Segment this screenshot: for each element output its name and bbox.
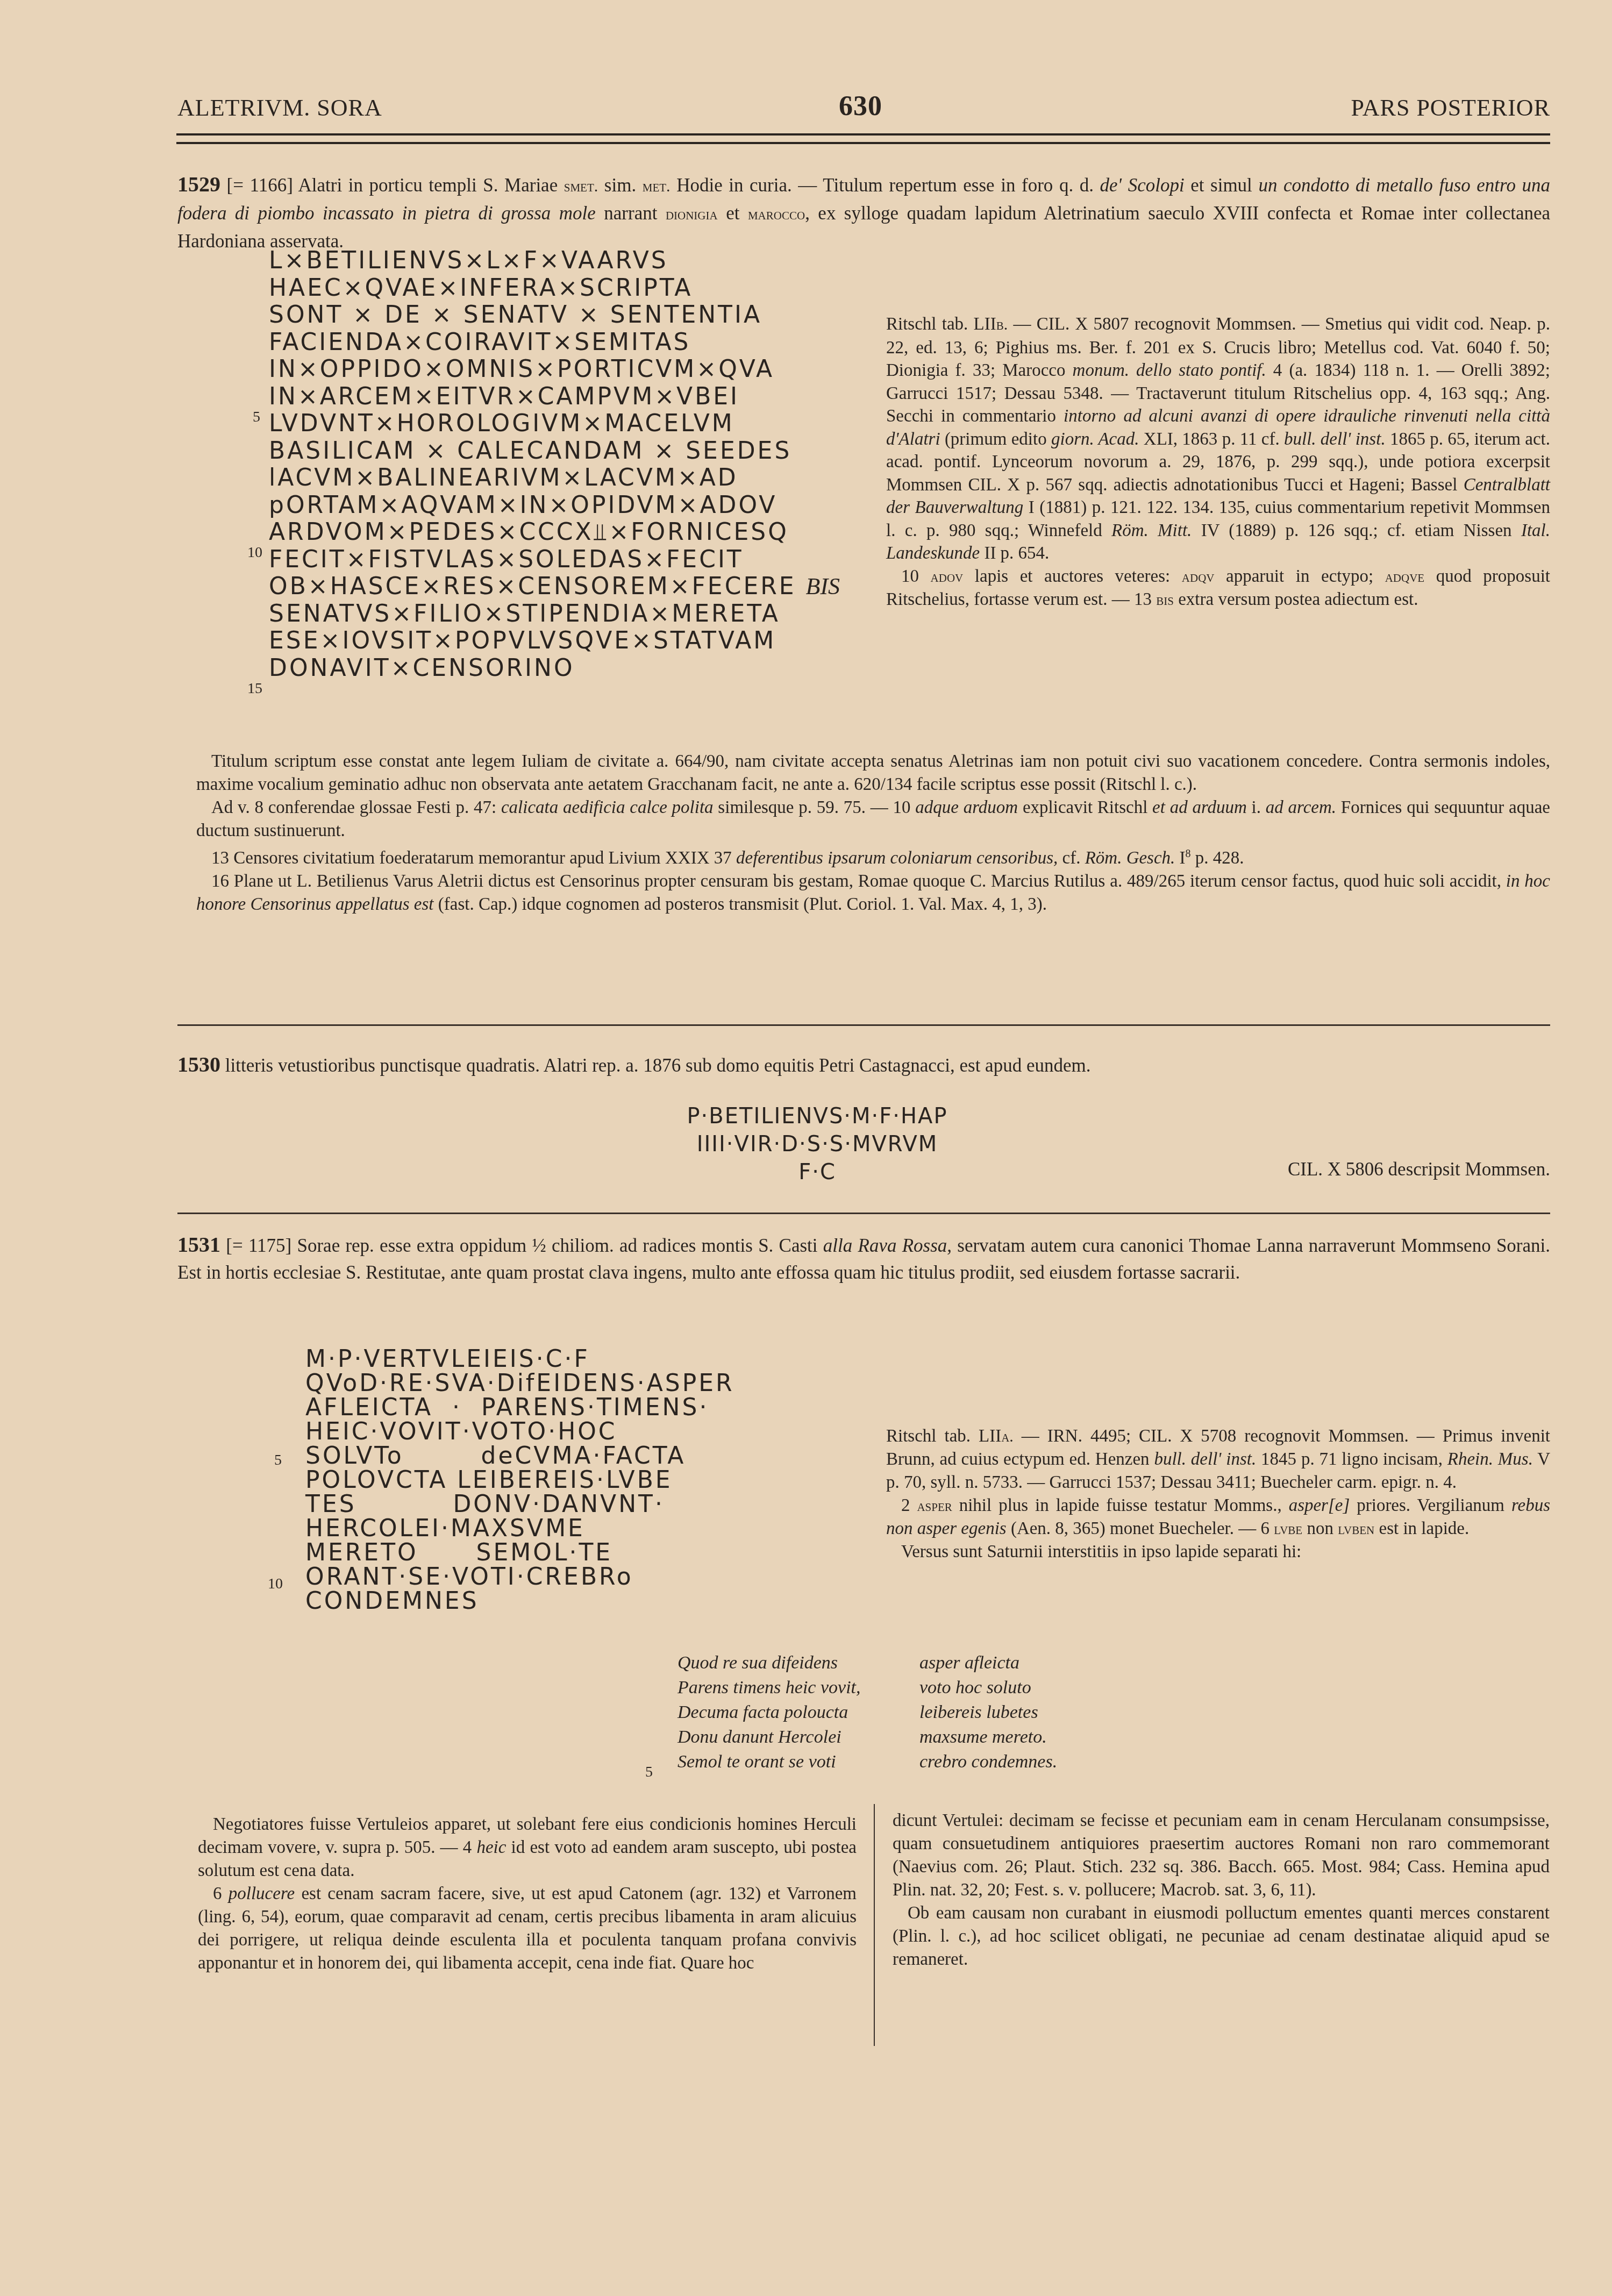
verse-second-half: crebro condemnes. — [919, 1752, 1057, 1772]
inscription-line: pORTAM×AQVAM×IN×OPIDVM×ADOV — [269, 492, 860, 519]
inscription-line: ORANT·SE·VOTI·CREBRo — [305, 1565, 789, 1589]
source-smet: smet. — [564, 177, 598, 195]
entry-number: 1531 — [177, 1232, 220, 1257]
entry-1529-commentary: Ritschl tab. LIIb. — CIL. X 5807 recogno… — [886, 313, 1550, 612]
inscription-line: TES DONV·DANVNT· — [305, 1492, 789, 1516]
document-page: ALETRIVM. SORA 630 PARS POSTERIOR 1529 [… — [0, 0, 1612, 2296]
entry-1531-notes-left: Negotiatores fuisse Vertuleios apparet, … — [198, 1813, 857, 1975]
commentary-paragraph: Versus sunt Saturnii interstitiis in ips… — [886, 1541, 1550, 1564]
text: Ritschl tab. LII — [886, 1427, 1001, 1446]
note-paragraph: Ob eam causam non curabant in eiusmodi p… — [893, 1902, 1550, 1971]
inscription-line: FACIENDA×COIRAVIT×SEMITAS — [269, 329, 860, 356]
italic-phrase: ad arcem. — [1266, 798, 1336, 817]
note-paragraph: 16 Plane ut L. Betilienus Varus Aletrii … — [196, 870, 1550, 916]
note-paragraph: 13 Censores civitatium foederatarum memo… — [196, 843, 1550, 870]
text: IV (1889) p. 126 sqq.; cf. etiam Nissen — [1192, 521, 1521, 540]
inscription-1530: P·BETILIENVS·M·F·HAP IIII·VIR·D·S·S·MVRV… — [661, 1102, 973, 1186]
line-number: 5 — [274, 1452, 282, 1469]
italic-phrase: calicata aedificia calce polita — [501, 798, 714, 817]
verse-second-half: leibereis lubetes — [919, 1702, 1038, 1722]
italic-phrase: alla Rava Rossa, — [823, 1235, 952, 1256]
text: non — [1302, 1519, 1338, 1538]
verse-first-half: Quod re sua difeidens — [677, 1651, 919, 1675]
intro-text: et simul — [1190, 175, 1252, 196]
inscription-text: OB×HASCE×RES×CENSOREM×FECERE — [269, 573, 796, 600]
italic-phrase: heic — [476, 1838, 506, 1857]
inscription-line: QVoD·RE·SVA·DifEIDENS·ASPER — [305, 1371, 789, 1395]
verse-second-half: asper afleicta — [919, 1653, 1019, 1673]
entry-1531-notes-right: dicunt Vertulei: decimam se fecisse et p… — [893, 1809, 1550, 1971]
header-double-rule — [176, 133, 1550, 144]
italic-phrase: Röm. Gesch. — [1085, 848, 1175, 868]
text: adqv — [1182, 568, 1215, 586]
commentary-paragraph: 10 adov lapis et auctores veteres: adqv … — [886, 565, 1550, 612]
inscription-line: CONDEMNES — [305, 1589, 789, 1613]
intro-text: Alatri in porticu templi S. Mariae — [298, 175, 558, 196]
source-dionigia: dionigia — [666, 205, 718, 223]
commentary-paragraph: Ritschl tab. LIIb. — CIL. X 5807 recogno… — [886, 313, 1550, 565]
text: adov — [931, 568, 964, 586]
verse-line: Semol te orant se voticrebro condemnes. — [677, 1750, 1161, 1774]
italic-phrase: pollucere — [229, 1884, 295, 1903]
text: I — [1175, 848, 1185, 868]
italic-title: bull. dell' inst. — [1284, 430, 1386, 449]
verse-second-half: maxsume mereto. — [919, 1727, 1047, 1747]
note-paragraph: 6 pollucere est cenam sacram facere, siv… — [198, 1883, 857, 1975]
note-paragraph: Titulum scriptum esse constat ante legem… — [196, 750, 1550, 796]
inscription-line: ARDVOM×PEDES×CCCX⫫×FORNICESQ — [269, 519, 860, 546]
text: i. — [1247, 798, 1266, 817]
entry-1530-reference: CIL. X 5806 descripsit Mommsen. — [1288, 1156, 1550, 1183]
text: lvben — [1338, 1520, 1374, 1538]
bis-marker: BIS — [806, 573, 840, 600]
text: similesque p. 59. 75. — 10 — [714, 798, 916, 817]
source-marocco: marocco — [748, 205, 805, 223]
text: lvbe — [1274, 1520, 1302, 1538]
text: 16 Plane ut L. Betilienus Varus Aletrii … — [211, 872, 1506, 891]
inscription-line: OB×HASCE×RES×CENSOREM×FECERE BIS — [269, 573, 860, 601]
crossref: [= 1166] — [227, 175, 293, 196]
inscription-line: HAEC×QVAE×INFERA×SCRIPTA — [269, 275, 860, 302]
inscription-line: MERETO SEMOL·TE — [305, 1541, 789, 1565]
text: nihil plus in lapide fuisse testatur Mom… — [952, 1496, 1289, 1515]
italic-phrase: adque arduom — [915, 798, 1018, 817]
text: II p. 654. — [980, 544, 1049, 563]
running-head-right: PARS POSTERIOR — [1351, 94, 1550, 122]
inscription-line: LVDVNT×HOROLOGIVM×MACELVM — [269, 410, 860, 438]
text: 1845 p. 71 ligno incisam, — [1256, 1450, 1447, 1469]
italic-title: giorn. Acad. — [1051, 430, 1139, 449]
inscription-line: AFLEICTA · PARENS·TIMENS· — [305, 1395, 789, 1420]
saturnian-verses: Quod re sua difeidensasper afleicta Pare… — [677, 1651, 1161, 1774]
inscription-line: M·P·VERTVLEIEIS·C·F — [305, 1347, 789, 1371]
intro-text: sim. — [604, 175, 636, 196]
text: cf. — [1058, 848, 1085, 868]
inscription-line: IN×OPPIDO×OMNIS×PORTICVM×QVA — [269, 356, 860, 383]
text: p. 428. — [1191, 848, 1244, 868]
line-number: 5 — [253, 409, 260, 426]
verse-line: Decuma facta polouctaleibereis lubetes — [677, 1700, 1161, 1725]
verse-first-half: Parens timens heic vovit, — [677, 1675, 919, 1700]
text: extra versum postea adiectum est. — [1174, 590, 1418, 609]
entry-number: 1530 — [177, 1052, 220, 1076]
inscription-line: ESE×IOVSIT×POPVLVSQVE×STATVAM — [269, 628, 860, 655]
text: 2 — [901, 1496, 917, 1515]
entry-1529-intro: 1529 [= 1166] Alatri in porticu templi S… — [177, 171, 1550, 255]
verse-first-half: Semol te orant se voti — [677, 1750, 919, 1774]
note-paragraph: dicunt Vertulei: decimam se fecisse et p… — [893, 1809, 1550, 1902]
intro-text: litteris vetustioribus punctisque quadra… — [225, 1055, 1091, 1076]
inscription-line: SONT × DE × SENATV × SENTENTIA — [269, 302, 860, 329]
section-divider — [177, 1213, 1550, 1214]
text: Ritschl tab. LII — [886, 315, 996, 334]
text: bis — [1156, 591, 1174, 609]
verse-line: Quod re sua difeidensasper afleicta — [677, 1651, 1161, 1675]
text: (fast. Cap.) idque cognomen ad posteros … — [434, 895, 1047, 914]
entry-1530-intro: 1530 litteris vetustioribus punctisque q… — [177, 1051, 1550, 1079]
text: est cenam sacram facere, sive, ut est ap… — [198, 1884, 857, 1973]
inscription-1529: L×BETILIENVS×L×F×VAARVS HAEC×QVAE×INFERA… — [269, 247, 860, 682]
italic-phrase: asper[e] — [1289, 1496, 1350, 1515]
intro-text: narrant — [604, 203, 657, 224]
text: a. — [1001, 1428, 1014, 1445]
text: apparuit in ectypo; — [1214, 567, 1385, 586]
running-head-left: ALETRIVM. SORA — [177, 94, 382, 122]
intro-text: Hodie in curia. — Titulum repertum esse … — [676, 175, 1094, 196]
text: 13 Censores civitatium foederatarum memo… — [211, 848, 736, 868]
inscription-line: F·C — [661, 1158, 973, 1186]
text: 10 — [901, 567, 931, 586]
page-number: 630 — [839, 90, 882, 122]
inscription-line: IN×ARCEM×EITVR×CAMPVM×VBEI — [269, 383, 860, 411]
inscription-line: BASILICAM × CALECANDAM × SEEDES — [269, 438, 860, 465]
text: 6 — [213, 1884, 229, 1903]
line-number: 10 — [268, 1575, 283, 1593]
entry-1531-commentary: Ritschl tab. LIIa. — IRN. 4495; CIL. X 5… — [886, 1425, 1550, 1564]
crossref: [= 1175] — [226, 1235, 291, 1256]
verse-line: Donu danunt Hercoleimaxsume mereto. — [677, 1725, 1161, 1750]
italic-phrase: et ad arduum — [1152, 798, 1247, 817]
superscript: 8 — [1186, 848, 1191, 860]
entry-1531-intro: 1531 [= 1175] Sorae rep. esse extra oppi… — [177, 1231, 1550, 1286]
verse-first-half: Decuma facta poloucta — [677, 1700, 919, 1725]
text: priores. Vergilianum — [1350, 1496, 1511, 1515]
inscription-line: IIII·VIR·D·S·S·MVRVM — [661, 1130, 973, 1158]
note-paragraph: Ad v. 8 conferendae glossae Festi p. 47:… — [196, 796, 1550, 843]
note-paragraph: Negotiatores fuisse Vertuleios apparet, … — [198, 1813, 857, 1883]
line-number: 5 — [645, 1764, 653, 1781]
verse-first-half: Donu danunt Hercolei — [677, 1725, 919, 1750]
inscription-line: P·BETILIENVS·M·F·HAP — [661, 1102, 973, 1130]
commentary-paragraph: Ritschl tab. LIIa. — IRN. 4495; CIL. X 5… — [886, 1425, 1550, 1494]
inscription-line: SOLVTo deCVMA·FACTA — [305, 1444, 789, 1468]
text: Ad v. 8 conferendae glossae Festi p. 47: — [211, 798, 501, 817]
text: asper — [917, 1497, 952, 1515]
italic-title: Rhein. Mus. — [1447, 1450, 1533, 1469]
inscription-line: lACVM×BALINEARIVM×LACVM×AD — [269, 465, 860, 492]
inscription-line: DONAVIT×CENSORINO — [269, 655, 860, 682]
inscription-line: FECIT×FISTVLAS×SOLEDAS×FECIT — [269, 546, 860, 574]
source-met: met. — [643, 177, 671, 195]
intro-text: et — [726, 203, 739, 224]
inscription-1531: M·P·VERTVLEIEIS·C·F QVoD·RE·SVA·DifEIDEN… — [305, 1347, 789, 1613]
inscription-line: POLOVCTA LEIBEREIS·LVBE — [305, 1468, 789, 1492]
text: (Aen. 8, 365) monet Buecheler. — 6 — [1007, 1519, 1274, 1538]
text: XLI, 1863 p. 11 cf. — [1139, 430, 1284, 449]
italic-title: monum. dello stato pontif. — [1073, 361, 1266, 380]
inscription-line: SENATVS×FILIO×STIPENDIA×MERETA — [269, 601, 860, 628]
inscription-line: HEIC·VOVIT·VOTO·HOC — [305, 1420, 789, 1444]
text: b. — [996, 316, 1008, 333]
line-number: 10 — [247, 544, 262, 561]
entry-1529-notes: Titulum scriptum esse constat ante legem… — [196, 750, 1550, 916]
entry-number: 1529 — [177, 172, 220, 196]
intro-text: Sorae rep. esse extra oppidum ½ chiliom.… — [297, 1235, 823, 1256]
inscription-line: L×BETILIENVS×L×F×VAARVS — [269, 247, 860, 275]
italic-title: Röm. Mitt. — [1111, 521, 1192, 540]
text: est in lapide. — [1374, 1519, 1469, 1538]
text: lapis et auctores veteres: — [963, 567, 1182, 586]
italic-title: bull. dell' inst. — [1154, 1450, 1256, 1469]
verse-line: Parens timens heic vovit,voto hoc soluto — [677, 1675, 1161, 1700]
text: (primum edito — [940, 430, 1051, 449]
inscription-line: HERCOLEI·MAXSVME — [305, 1516, 789, 1541]
commentary-paragraph: 2 asper nihil plus in lapide fuisse test… — [886, 1494, 1550, 1541]
verse-second-half: voto hoc soluto — [919, 1678, 1031, 1698]
section-divider — [177, 1024, 1550, 1026]
column-divider — [874, 1804, 875, 2046]
italic-phrase: deferentibus ipsarum coloniarum censorib… — [736, 848, 1058, 868]
text: adqve — [1385, 568, 1425, 586]
text: explicavit Ritschl — [1018, 798, 1152, 817]
line-number: 15 — [247, 680, 262, 697]
italic-phrase: de' Scolopi — [1100, 175, 1185, 196]
